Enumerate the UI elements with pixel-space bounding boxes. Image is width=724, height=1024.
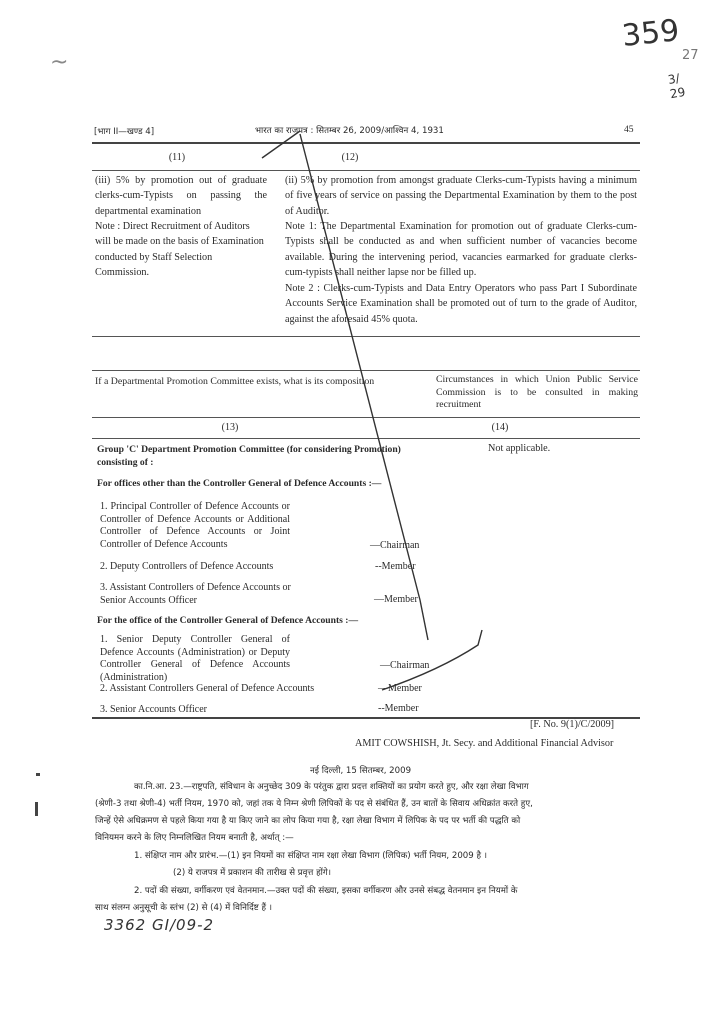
scan-mark: [35, 802, 38, 816]
pen-stroke-overlay: [0, 0, 724, 1024]
scan-mark: [36, 773, 40, 776]
